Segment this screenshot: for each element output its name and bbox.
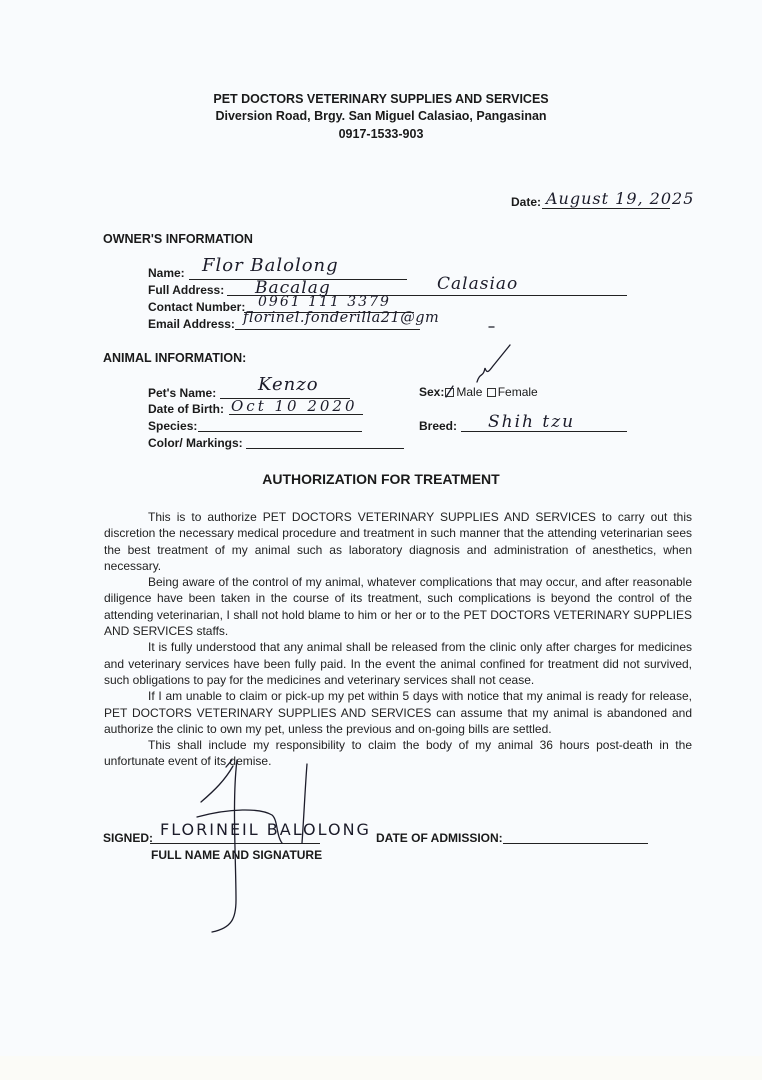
sex-group: Sex:Male Female [419,385,538,399]
owner-email-value: florinel.fonderilla21@gm [243,310,439,326]
sex-male-checkbox[interactable] [445,388,454,397]
sex-label: Sex: [419,385,444,399]
dob-value: Oct 10 2020 [231,397,358,415]
authorization-title: AUTHORIZATION FOR TREATMENT [0,471,762,487]
sex-female-label: Female [498,385,538,399]
signature-field[interactable] [150,843,320,844]
authorization-paragraph: If I am unable to claim or pick-up my pe… [104,688,692,737]
pet-name-value: Kenzo [258,374,319,395]
pet-name-label: Pet's Name: [148,386,216,400]
owner-address-label: Full Address: [148,283,224,297]
clinic-phone: 0917-1533-903 [0,126,762,143]
date-value: August 19, 2025 [546,189,694,208]
date-field[interactable] [542,208,670,209]
clinic-address: Diversion Road, Brgy. San Miguel Calasia… [0,108,762,125]
page-bottom-edge [0,1056,762,1080]
sex-male-label: Male [456,385,482,399]
species-label: Species: [148,419,197,433]
signed-label: SIGNED: [103,831,153,845]
breed-value: Shih tzu [488,412,575,432]
authorization-paragraph: It is fully understood that any animal s… [104,639,692,688]
date-label: Date: [511,195,541,209]
owner-contact-value: 0961 111 3379 [258,294,391,310]
species-field[interactable] [198,431,362,432]
owner-email-field[interactable] [235,329,420,330]
dob-label: Date of Birth: [148,402,224,416]
date-of-admission-field[interactable] [503,843,648,844]
authorization-paragraph: Being aware of the control of my animal,… [104,574,692,639]
owner-address-value-2: Calasiao [437,274,518,294]
color-markings-field[interactable] [246,448,404,449]
breed-label: Breed: [419,419,457,433]
sex-female-checkbox[interactable] [487,388,496,397]
authorization-paragraph: This is to authorize PET DOCTORS VETERIN… [104,509,692,574]
authorization-body: This is to authorize PET DOCTORS VETERIN… [104,509,692,770]
owner-email-label: Email Address: [148,317,235,331]
animal-section-title: ANIMAL INFORMATION: [103,351,246,365]
owner-name-label: Name: [148,266,185,280]
clinic-name: PET DOCTORS VETERINARY SUPPLIES AND SERV… [0,91,762,108]
color-markings-label: Color/ Markings: [148,436,243,450]
authorization-paragraph: This shall include my responsibility to … [104,737,692,770]
signature-caption: FULL NAME AND SIGNATURE [151,848,322,862]
owner-section-title: OWNER'S INFORMATION [103,232,253,246]
owner-name-value: Flor Balolong [202,255,339,276]
date-of-admission-label: DATE OF ADMISSION: [376,831,503,845]
owner-contact-label: Contact Number: [148,300,245,314]
signed-value: FLORINEIL BALOLONG [160,820,371,839]
